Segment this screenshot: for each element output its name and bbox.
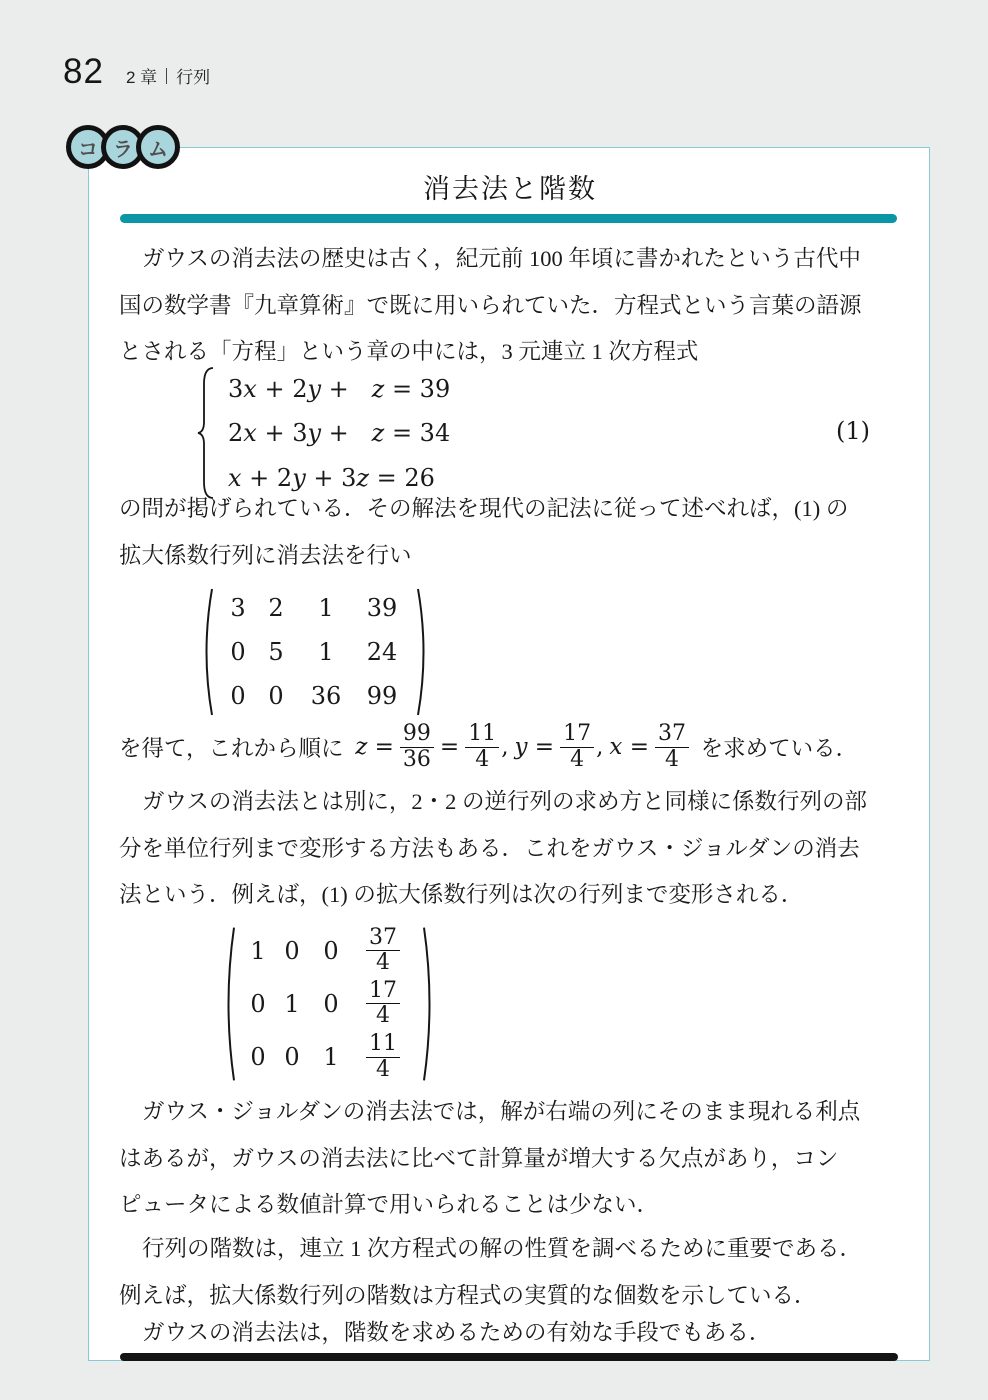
- text-line: 拡大係数行列に消去法を行い: [119, 531, 909, 578]
- paragraph-5: 行列の階数は，連立 1 次方程式の解の性質を調べるために重要である． 例えば，拡…: [119, 1224, 909, 1317]
- matrix-cell: 0: [268, 682, 283, 710]
- math-run: =: [440, 734, 459, 760]
- matrix-cell: 0: [284, 937, 299, 965]
- left-paren: [220, 924, 237, 1084]
- left-curly-brace: [196, 366, 216, 500]
- matrix-cell: 0: [323, 990, 338, 1018]
- equation-system: 3x + 2y + z = 39 2x + 3y + z = 34 x + 2y…: [196, 366, 450, 500]
- matrix-cell: 0: [230, 638, 245, 666]
- matrix-cell: 39: [367, 594, 398, 622]
- text-line: 分を単位行列まで変形する方法もある．これをガウス・ジョルダンの消去: [119, 824, 909, 871]
- numerator: 37: [655, 722, 689, 748]
- denominator: 4: [373, 951, 393, 976]
- math-run: x =: [609, 734, 649, 760]
- equation-rows: 3x + 2y + z = 39 2x + 3y + z = 34 x + 2y…: [228, 366, 450, 500]
- denominator: 4: [373, 1058, 393, 1083]
- numerator: 11: [366, 1032, 400, 1058]
- math-run: y =: [515, 734, 555, 760]
- chapter-number: 2 章: [126, 63, 157, 88]
- fraction: 114: [465, 722, 499, 772]
- right-paren: [421, 924, 438, 1084]
- fraction-cell: 174: [366, 979, 400, 1029]
- matrix-cell: 99: [367, 682, 398, 710]
- solution-line: を得て，これから順に z = 9936 = 114 , y = 174 , x …: [119, 716, 858, 778]
- text-line: 行列の階数は，連立 1 次方程式の解の性質を調べるために重要である．: [119, 1224, 909, 1271]
- matrix-cell: 1: [250, 937, 265, 965]
- text-line: ガウスの消去法の歴史は古く，紀元前 100 年頃に書かれたという古代中: [119, 234, 909, 281]
- text-run: を求めている．: [695, 731, 858, 763]
- fraction-cell: 374: [366, 926, 400, 976]
- math-run: ,: [596, 734, 603, 760]
- badge-char: ム: [148, 133, 168, 162]
- text-run: を得て，これから順に: [119, 731, 349, 763]
- text-line: の問が掲げられている．その解法を現代の記法に従って述べれば，(1) の: [119, 484, 909, 531]
- denominator: 4: [662, 748, 682, 773]
- denominator: 4: [472, 748, 492, 773]
- paragraph-1: ガウスの消去法の歴史は古く，紀元前 100 年頃に書かれたという古代中 国の数学…: [119, 234, 909, 374]
- reduced-matrix: 1 0 0 374 0 1 0 174 0 0 1 114: [220, 924, 438, 1084]
- text-line: ガウス・ジョルダンの消去法では，解が右端の列にそのまま現れる利点: [119, 1087, 909, 1134]
- bottom-rule: [120, 1353, 898, 1361]
- matrix-cell: 0: [323, 937, 338, 965]
- text-line: ピュータによる数値計算で用いられることは少ない．: [119, 1180, 909, 1227]
- math-run: ,: [501, 734, 508, 760]
- badge-char: ラ: [113, 133, 133, 162]
- column-title: 消去法と階数: [89, 167, 931, 206]
- fraction: 174: [560, 722, 594, 772]
- title-underline: [120, 214, 897, 223]
- equation-number: (1): [836, 417, 870, 445]
- matrix-cell: 1: [323, 1043, 338, 1071]
- matrix-cell: 0: [230, 682, 245, 710]
- matrix-cell: 0: [284, 1043, 299, 1071]
- chapter-section: 行列: [176, 63, 210, 88]
- equation-line: 2x + 3y + z = 34: [228, 411, 450, 456]
- denominator: 36: [400, 748, 434, 773]
- numerator: 37: [366, 926, 400, 952]
- paragraph-2: の問が掲げられている．その解法を現代の記法に従って述べれば，(1) の 拡大係数…: [119, 484, 909, 577]
- matrix-cell: 1: [318, 594, 333, 622]
- fraction-cell: 114: [366, 1032, 400, 1082]
- matrix-cell: 0: [250, 990, 265, 1018]
- text-line: ガウスの消去法とは別に，2・2 の逆行列の求め方と同様に係数行列の部: [119, 777, 909, 824]
- page-number: 82: [63, 52, 104, 92]
- text-line: 法という．例えば，(1) の拡大係数行列は次の行列まで変形される．: [119, 870, 909, 917]
- numerator: 17: [366, 979, 400, 1005]
- chapter-divider: [166, 68, 167, 84]
- column-badge: コ ラ ム: [66, 125, 180, 169]
- matrix-cell: 24: [367, 638, 398, 666]
- left-paren: [198, 586, 215, 718]
- matrix-grid: 1 0 0 374 0 1 0 174 0 0 1 114: [243, 924, 415, 1084]
- text-line: 国の数学書『九章算術』で既に用いられていた．方程式という言葉の語源: [119, 281, 909, 328]
- denominator: 4: [567, 748, 587, 773]
- paragraph-4: ガウス・ジョルダンの消去法では，解が右端の列にそのまま現れる利点 はあるが，ガウ…: [119, 1087, 909, 1227]
- matrix-cell: 2: [268, 594, 283, 622]
- matrix-cell: 0: [250, 1043, 265, 1071]
- numerator: 11: [465, 722, 499, 748]
- numerator: 99: [400, 722, 434, 748]
- paragraph-3: ガウスの消去法とは別に，2・2 の逆行列の求め方と同様に係数行列の部 分を単位行…: [119, 777, 909, 917]
- right-paren: [415, 586, 432, 718]
- badge-char: コ: [78, 133, 98, 162]
- matrix-cell: 3: [230, 594, 245, 622]
- page-header: 82 2 章 行列: [63, 52, 210, 92]
- textbook-page: 82 2 章 行列 コ ラ ム 消去法と階数 ガウスの消去法の歴史は古く，紀元前…: [0, 0, 988, 1400]
- equation-line: 3x + 2y + z = 39: [228, 366, 450, 411]
- chapter-label: 2 章 行列: [126, 63, 210, 88]
- matrix-cell: 36: [311, 682, 342, 710]
- fraction: 374: [655, 722, 689, 772]
- badge-circle: ム: [136, 125, 180, 169]
- paragraph-6: ガウスの消去法は，階数を求めるための有効な手段でもある．: [119, 1308, 909, 1355]
- matrix-cell: 5: [268, 638, 283, 666]
- numerator: 17: [560, 722, 594, 748]
- matrix-cell: 1: [318, 638, 333, 666]
- matrix-grid: 3 2 1 39 0 5 1 24 0 0 36 99: [221, 586, 409, 718]
- denominator: 4: [373, 1004, 393, 1029]
- text-line: ガウスの消去法は，階数を求めるための有効な手段でもある．: [119, 1308, 909, 1355]
- fraction: 9936: [400, 722, 434, 772]
- augmented-matrix-1: 3 2 1 39 0 5 1 24 0 0 36 99: [198, 586, 432, 718]
- math-run: z =: [355, 734, 394, 760]
- matrix-cell: 1: [284, 990, 299, 1018]
- text-line: はあるが，ガウスの消去法に比べて計算量が増大する欠点があり，コン: [119, 1134, 909, 1181]
